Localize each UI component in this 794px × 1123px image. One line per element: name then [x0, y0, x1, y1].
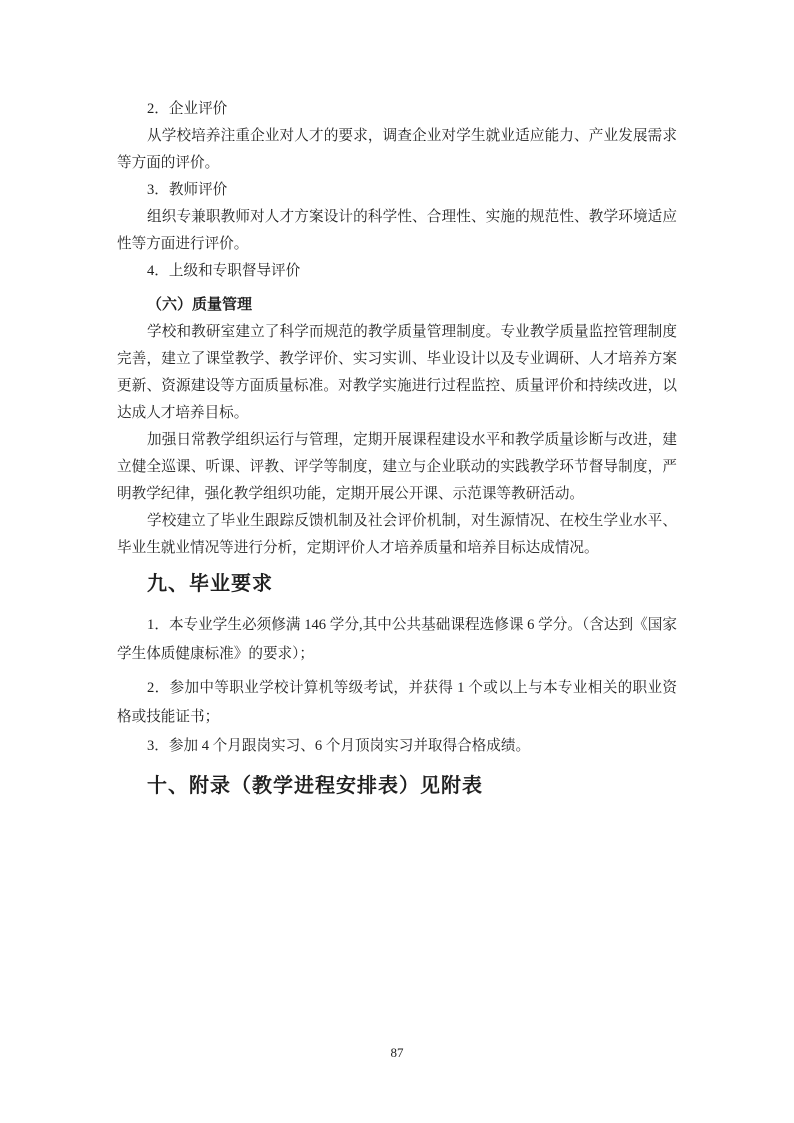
heading-quality-management: （六）质量管理 — [117, 292, 677, 319]
document-page: 2．企业评价 从学校培养注重企业对人才的要求，调查企业对学生就业适应能力、产业发… — [0, 0, 794, 1123]
para-grad-exam: 2．参加中等职业学校计算机等级考试，并获得 1 个或以上与本专业相关的职业资格或… — [117, 674, 677, 732]
page-footer: 87 — [0, 1044, 794, 1062]
document-content: 2．企业评价 从学校培养注重企业对人才的要求，调查企业对学生就业适应能力、产业发… — [117, 96, 677, 803]
page-number: 87 — [391, 1045, 404, 1060]
para-enterprise-eval: 从学校培养注重企业对人才的要求，调查企业对学生就业适应能力、产业发展需求等方面的… — [117, 123, 677, 177]
para-grad-credits: 1．本专业学生必须修满 146 学分,其中公共基础课程选修课 6 学分。（含达到… — [117, 611, 677, 669]
heading-graduation-requirements: 九、毕业要求 — [117, 568, 677, 601]
para-grad-internship: 3．参加 4 个月跟岗实习、6 个月顶岗实习并取得合格成绩。 — [117, 732, 677, 761]
list-item-enterprise-eval: 2．企业评价 — [117, 96, 677, 123]
para-quality-system: 学校和教研室建立了科学而规范的教学质量管理制度。专业教学质量监控管理制度完善，建… — [117, 319, 677, 427]
heading-appendix: 十、附录（教学进程安排表）见附表 — [117, 770, 677, 803]
list-item-supervisor-eval: 4．上级和专职督导评价 — [117, 258, 677, 285]
list-item-teacher-eval: 3．教师评价 — [117, 177, 677, 204]
para-teacher-eval: 组织专兼职教师对人才方案设计的科学性、合理性、实施的规范性、教学环境适应性等方面… — [117, 204, 677, 258]
para-quality-daily: 加强日常教学组织运行与管理，定期开展课程建设水平和教学质量诊断与改进，建立健全巡… — [117, 427, 677, 508]
para-quality-feedback: 学校建立了毕业生跟踪反馈机制及社会评价机制，对生源情况、在校生学业水平、毕业生就… — [117, 508, 677, 562]
